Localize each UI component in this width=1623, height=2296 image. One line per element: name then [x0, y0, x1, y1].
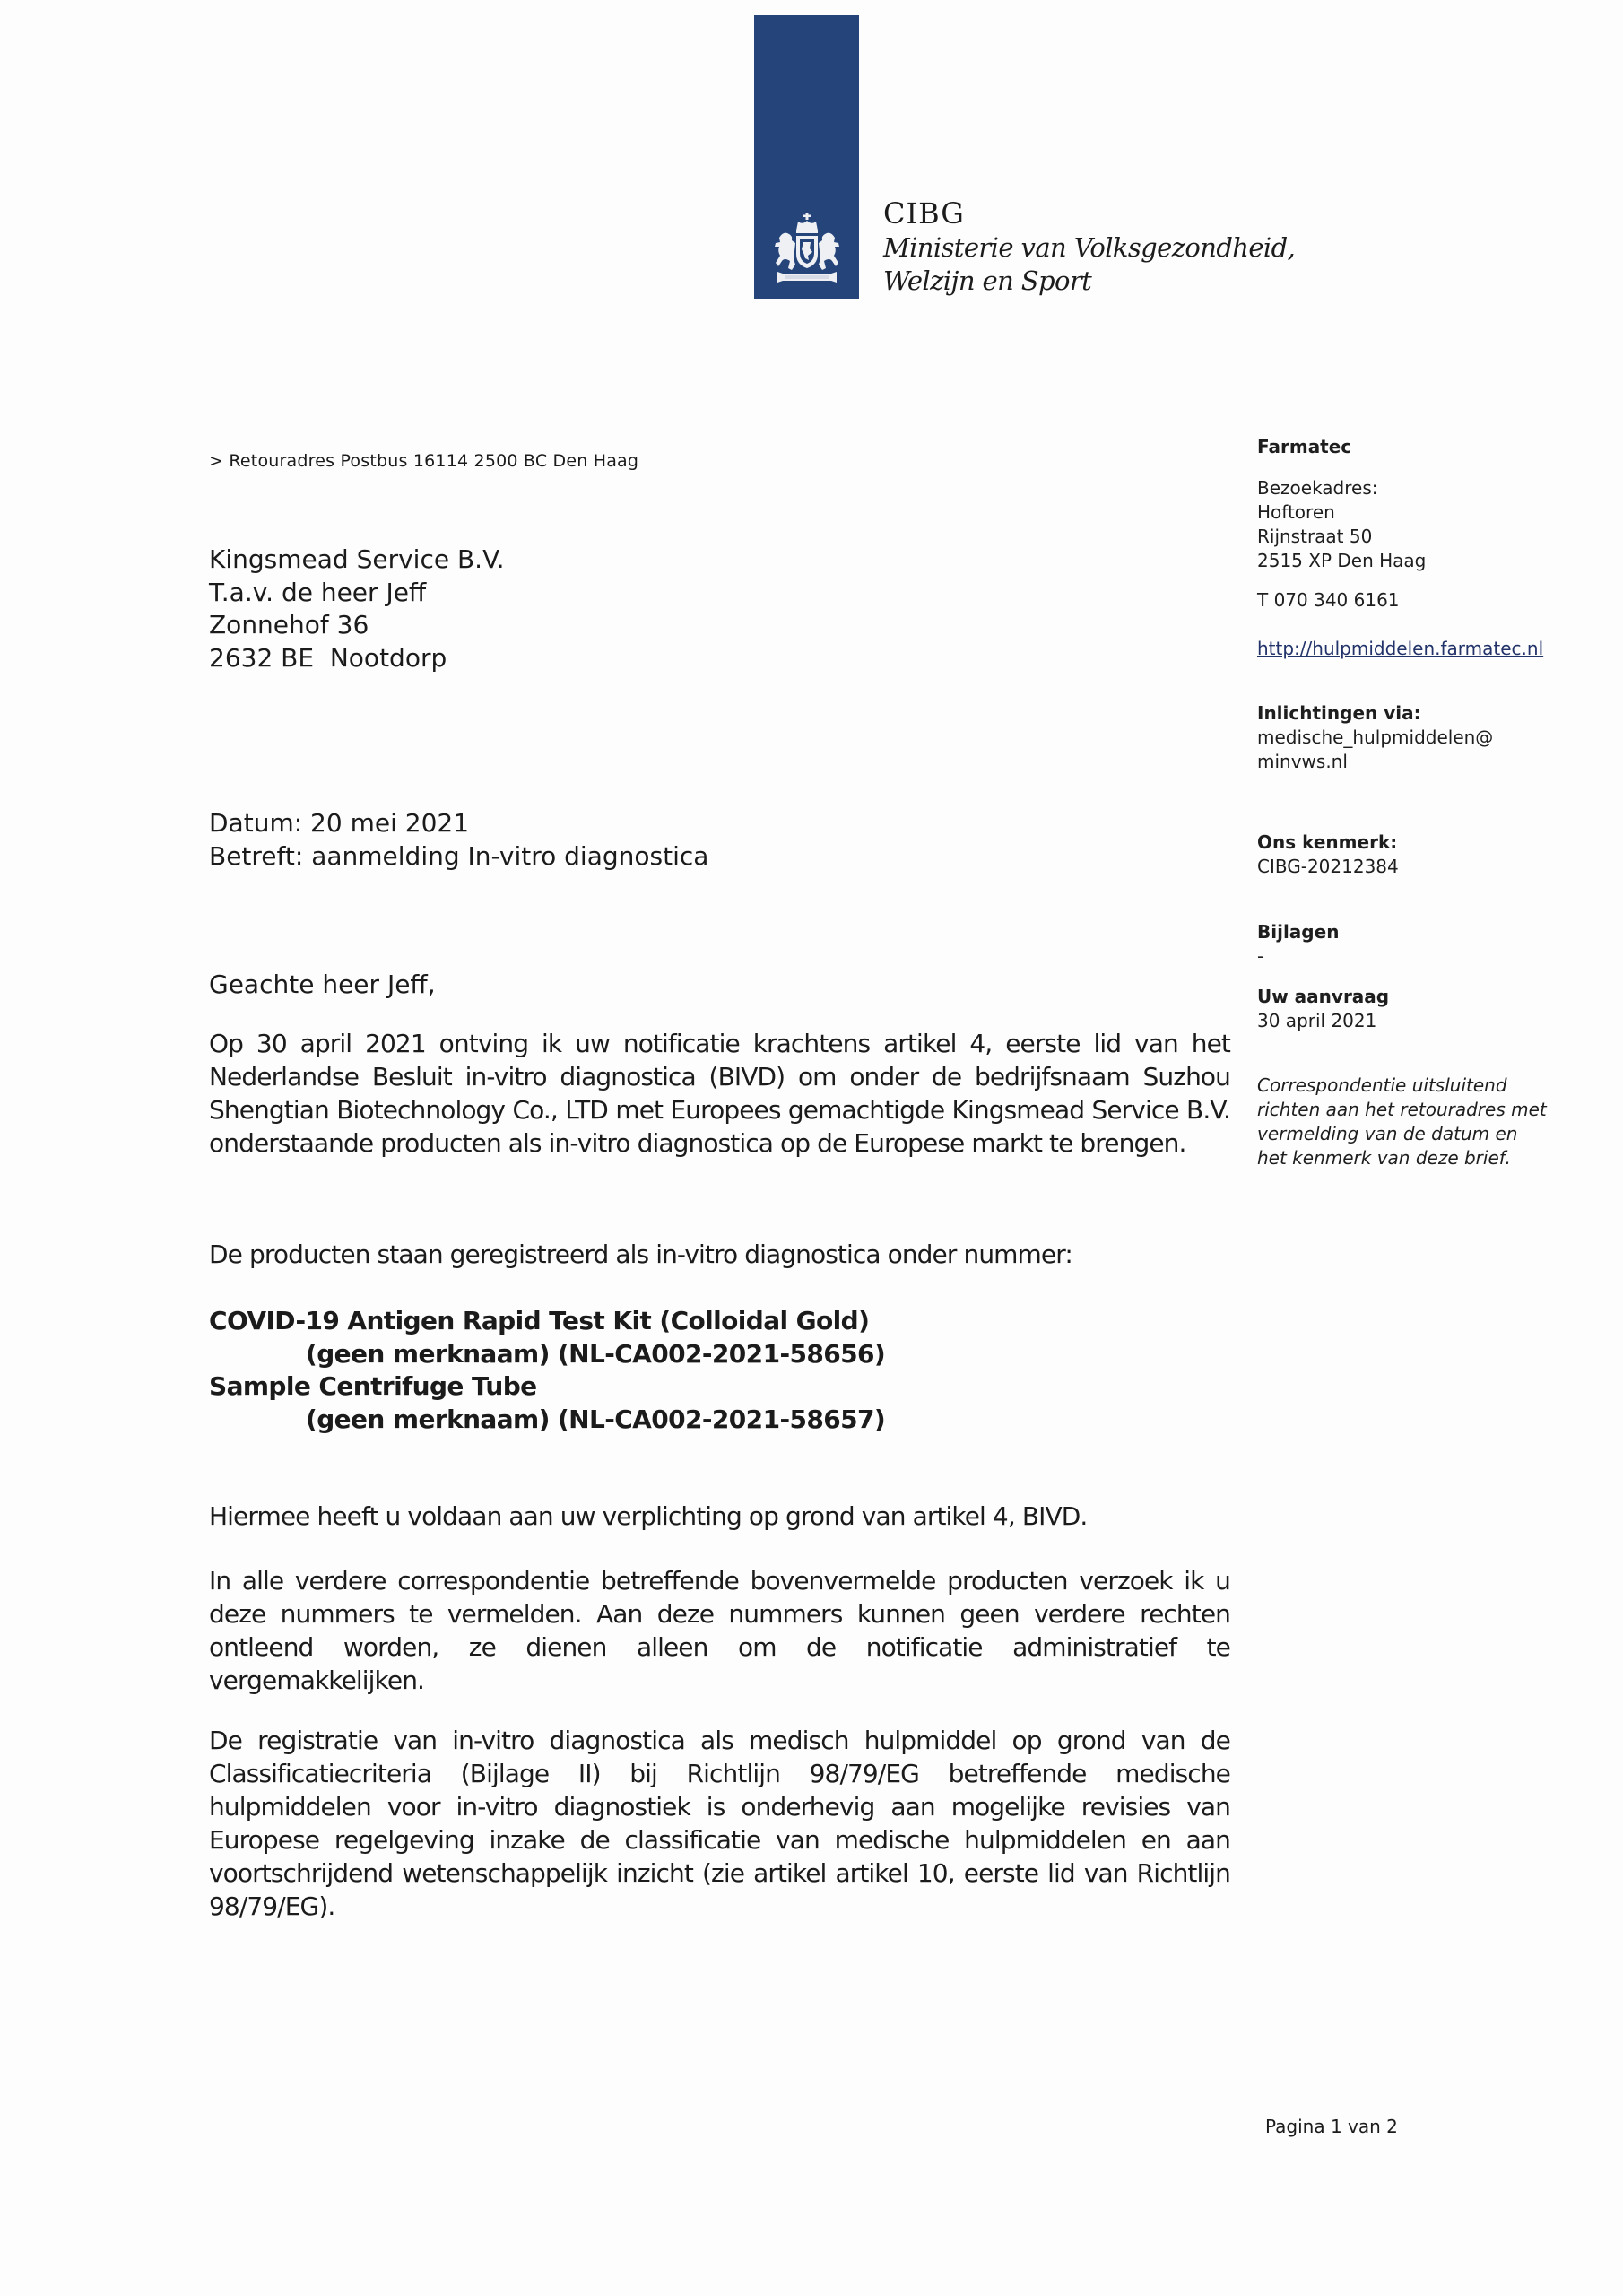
reference-value: CIBG-20212384 — [1257, 855, 1598, 879]
request-label: Uw aanvraag — [1257, 985, 1598, 1009]
info-label: Inlichtingen via: — [1257, 701, 1598, 726]
ministry-name-line1: Ministerie van Volksgezondheid, — [883, 231, 1295, 265]
letterhead-text: CIBG Ministerie van Volksgezondheid, Wel… — [883, 196, 1295, 298]
product-list: COVID-19 Antigen Rapid Test Kit (Colloid… — [209, 1305, 885, 1436]
recipient-street: Zonnehof 36 — [209, 609, 505, 642]
letter-date: Datum: 20 mei 2021 — [209, 806, 708, 839]
product-registration: (geen merknaam) (NL-CA002-2021-58656) — [209, 1338, 885, 1371]
note-line: het kenmerk van deze brief. — [1257, 1146, 1598, 1170]
recipient-company: Kingsmead Service B.V. — [209, 544, 505, 577]
correspondence-note: Correspondentie uitsluitend richten aan … — [1257, 1074, 1598, 1170]
letter-meta: Datum: 20 mei 2021 Betreft: aanmelding I… — [209, 806, 708, 873]
info-email-line2: minvws.nl — [1257, 750, 1598, 774]
paragraph-classification: De registratie van in-vitro diagnostica … — [209, 1724, 1230, 1923]
attachments-label: Bijlagen — [1257, 920, 1598, 944]
attachments-value: - — [1257, 944, 1598, 969]
letter-subject: Betreft: aanmelding In-vitro diagnostica — [209, 839, 708, 873]
phone-number: T 070 340 6161 — [1257, 588, 1598, 613]
department-name: Farmatec — [1257, 435, 1598, 459]
note-line: Correspondentie uitsluitend — [1257, 1074, 1598, 1098]
product-name: COVID-19 Antigen Rapid Test Kit (Colloid… — [209, 1305, 885, 1338]
ministry-name-line2: Welzijn en Sport — [883, 265, 1295, 298]
product-name: Sample Centrifuge Tube — [209, 1370, 885, 1404]
visit-address-street: Rijnstraat 50 — [1257, 525, 1598, 549]
product-registration: (geen merknaam) (NL-CA002-2021-58657) — [209, 1404, 885, 1437]
logo-bar — [754, 15, 859, 299]
paragraph-obligation: Hiermee heeft u voldaan aan uw verplicht… — [209, 1500, 1230, 1533]
info-email-line1: medische_hulpmiddelen@ — [1257, 726, 1598, 750]
visit-address-building: Hoftoren — [1257, 500, 1598, 525]
recipient-postal-city: 2632 BE Nootdorp — [209, 642, 505, 675]
return-address: > Retouradres Postbus 16114 2500 BC Den … — [209, 451, 638, 471]
paragraph-correspondence: In alle verdere correspondentie betreffe… — [209, 1564, 1230, 1697]
request-date: 30 april 2021 — [1257, 1009, 1598, 1033]
recipient-attention: T.a.v. de heer Jeff — [209, 577, 505, 610]
paragraph-registered-intro: De producten staan geregistreerd als in-… — [209, 1238, 1230, 1271]
salutation: Geachte heer Jeff, — [209, 970, 436, 999]
note-line: richten aan het retouradres met — [1257, 1098, 1598, 1122]
recipient-address: Kingsmead Service B.V. T.a.v. de heer Je… — [209, 544, 505, 674]
page-number: Pagina 1 van 2 — [1265, 2116, 1398, 2137]
royal-coat-of-arms-icon — [772, 211, 842, 287]
organization-name: CIBG — [883, 196, 1295, 231]
reference-label: Ons kenmerk: — [1257, 831, 1598, 855]
visit-address-label: Bezoekadres: — [1257, 476, 1598, 500]
sender-info-column: Farmatec Bezoekadres: Hoftoren Rijnstraa… — [1257, 435, 1598, 1170]
paragraph-notification: Op 30 april 2021 ontving ik uw notificat… — [209, 1027, 1230, 1160]
website-link[interactable]: http://hulpmiddelen.farmatec.nl — [1257, 638, 1543, 659]
note-line: vermelding van de datum en — [1257, 1122, 1598, 1146]
visit-address-city: 2515 XP Den Haag — [1257, 549, 1598, 573]
